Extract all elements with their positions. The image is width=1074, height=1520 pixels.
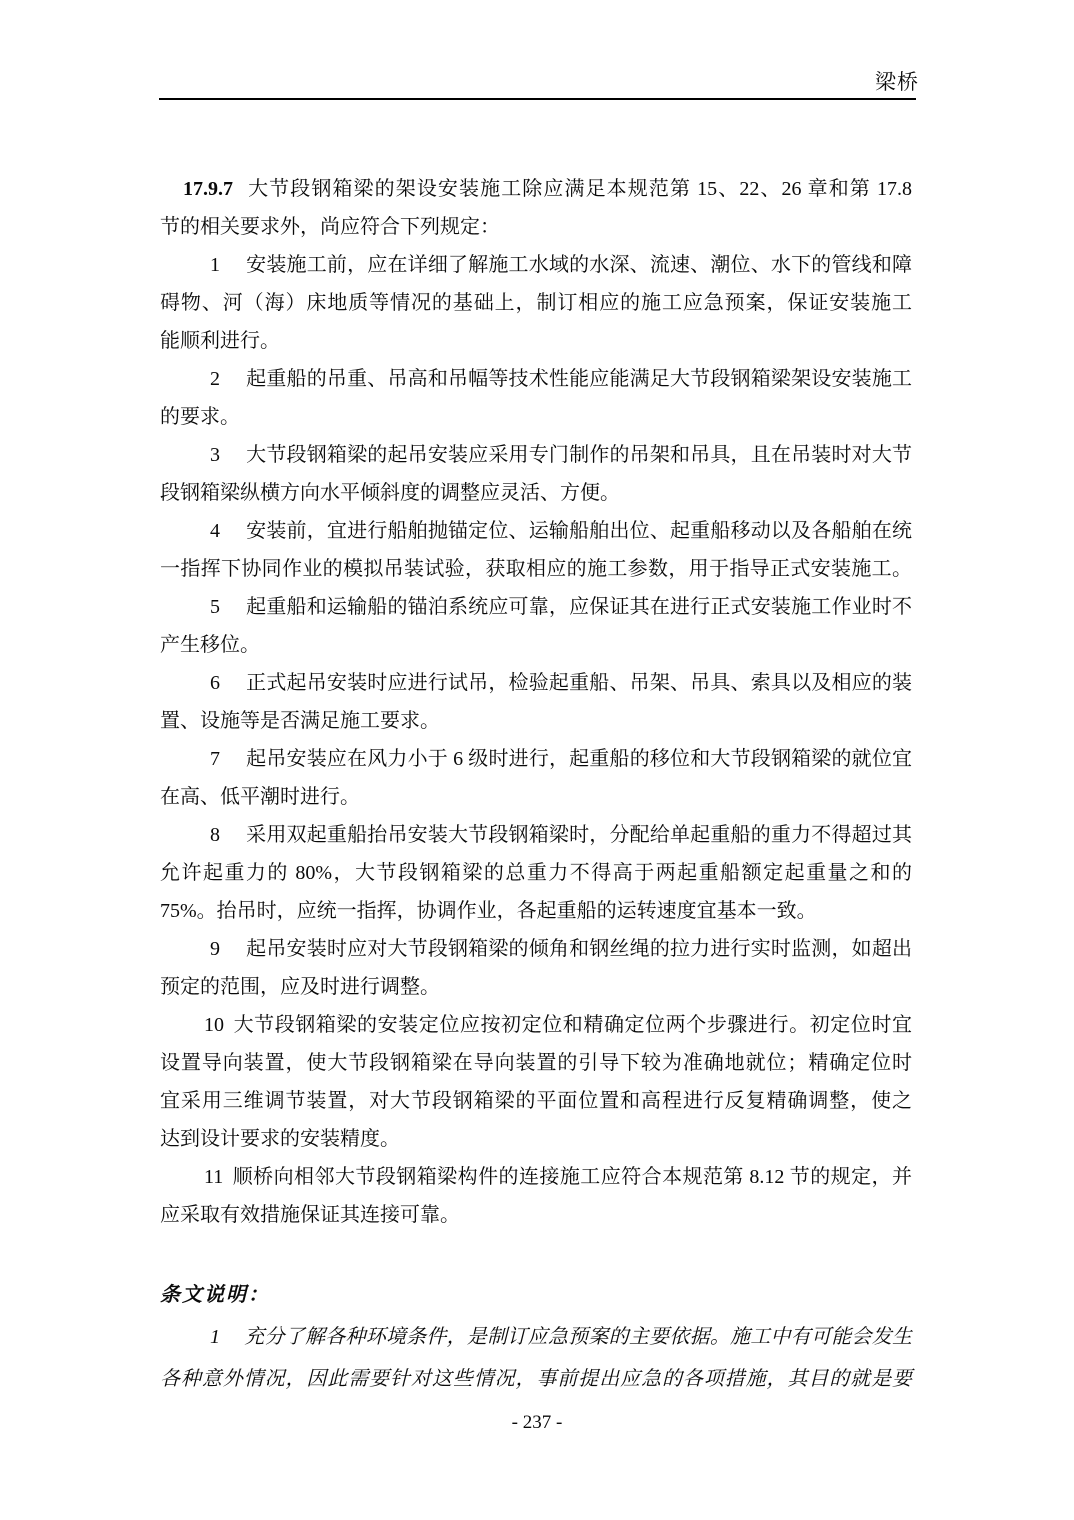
page-footer: - 237 - <box>0 1412 1074 1434</box>
line-text: 置、设施等是否满足施工要求。 <box>160 710 440 732</box>
item-number: 5 <box>210 596 246 618</box>
line-text: 安装前，宜进行船舶抛锚定位、运输船舶出位、起重船移动以及各船舶在统 <box>246 520 912 542</box>
document-body: 17.9.7大节段钢箱梁的架设安装施工除应满足本规范第 15、22、26 章和第… <box>160 170 912 1234</box>
text-line: 75%。抬吊时，应统一指挥，协调作业，各起重船的运转速度宜基本一致。 <box>160 892 912 930</box>
item-number: 10 <box>204 1014 233 1036</box>
text-line: 达到设计要求的安装精度。 <box>160 1120 912 1158</box>
text-line: 7起吊安装应在风力小于 6 级时进行，起重船的移位和大节段钢箱梁的就位宜 <box>160 740 912 778</box>
line-text: 起重船和运输船的锚泊系统应可靠，应保证其在进行正式安装施工作业时不 <box>246 596 912 618</box>
line-text: 起吊安装应在风力小于 6 级时进行，起重船的移位和大节段钢箱梁的就位宜 <box>246 748 912 770</box>
text-line: 1安装施工前，应在详细了解施工水域的水深、流速、潮位、水下的管线和障 <box>160 246 912 284</box>
item-number: 1 <box>210 1326 244 1348</box>
item-number: 3 <box>210 444 246 466</box>
line-text: 段钢箱梁纵横方向水平倾斜度的调整应灵活、方便。 <box>160 482 620 504</box>
text-line: 9起吊安装时应对大节段钢箱梁的倾角和钢丝绳的拉力进行实时监测，如超出 <box>160 930 912 968</box>
text-line: 各种意外情况，因此需要针对这些情况，事前提出应急的各项措施，其目的就是要 <box>160 1358 912 1400</box>
line-text: 顺桥向相邻大节段钢箱梁构件的连接施工应符合本规范第 8.12 节的规定，并 <box>232 1166 912 1188</box>
line-text: 能顺利进行。 <box>160 330 280 352</box>
notes-heading: 条文说明： <box>160 1274 912 1316</box>
line-text: 允许起重力的 80%，大节段钢箱梁的总重力不得高于两起重船额定起重量之和的 <box>160 862 912 884</box>
running-header: 梁桥 <box>875 70 919 94</box>
text-line: 11顺桥向相邻大节段钢箱梁构件的连接施工应符合本规范第 8.12 节的规定，并 <box>160 1158 912 1196</box>
text-line: 预定的范围，应及时进行调整。 <box>160 968 912 1006</box>
line-text: 大节段钢箱梁的架设安装施工除应满足本规范第 15、22、26 章和第 17.8 <box>247 178 912 200</box>
text-line: 17.9.7大节段钢箱梁的架设安装施工除应满足本规范第 15、22、26 章和第… <box>160 170 912 208</box>
line-text: 一指挥下协同作业的模拟吊装试验，获取相应的施工参数，用于指导正式安装施工。 <box>160 558 912 580</box>
text-line: 的要求。 <box>160 398 912 436</box>
document-page: 梁桥 17.9.7大节段钢箱梁的架设安装施工除应满足本规范第 15、22、26 … <box>0 0 1074 1520</box>
page-number: - 237 - <box>512 1412 563 1433</box>
text-line: 6正式起吊安装时应进行试吊，检验起重船、吊架、吊具、索具以及相应的装 <box>160 664 912 702</box>
line-text: 起重船的吊重、吊高和吊幅等技术性能应能满足大节段钢箱梁架设安装施工 <box>246 368 912 390</box>
line-text: 宜采用三维调节装置，对大节段钢箱梁的平面位置和高程进行反复精确调整，使之 <box>160 1090 912 1112</box>
text-line: 设置导向装置，使大节段钢箱梁在导向装置的引导下较为准确地就位；精确定位时 <box>160 1044 912 1082</box>
line-text: 采用双起重船抬吊安装大节段钢箱梁时，分配给单起重船的重力不得超过其 <box>246 824 912 846</box>
text-line: 在高、低平潮时进行。 <box>160 778 912 816</box>
text-line: 10大节段钢箱梁的安装定位应按初定位和精确定位两个步骤进行。初定位时宜 <box>160 1006 912 1044</box>
item-number: 6 <box>210 672 246 694</box>
line-text: 75%。抬吊时，应统一指挥，协调作业，各起重船的运转速度宜基本一致。 <box>160 900 817 922</box>
line-text: 达到设计要求的安装精度。 <box>160 1128 400 1150</box>
item-number: 4 <box>210 520 246 542</box>
item-number: 7 <box>210 748 246 770</box>
text-line: 碍物、河（海）床地质等情况的基础上，制订相应的施工应急预案，保证安装施工 <box>160 284 912 322</box>
text-line: 产生移位。 <box>160 626 912 664</box>
item-number: 9 <box>210 938 246 960</box>
text-line: 置、设施等是否满足施工要求。 <box>160 702 912 740</box>
line-text: 充分了解各种环境条件，是制订应急预案的主要依据。施工中有可能会发生 <box>244 1326 912 1348</box>
line-text: 安装施工前，应在详细了解施工水域的水深、流速、潮位、水下的管线和障 <box>246 254 912 276</box>
text-line: 5起重船和运输船的锚泊系统应可靠，应保证其在进行正式安装施工作业时不 <box>160 588 912 626</box>
text-line: 应采取有效措施保证其连接可靠。 <box>160 1196 912 1234</box>
item-number: 2 <box>210 368 246 390</box>
item-number: 8 <box>210 824 246 846</box>
line-text: 碍物、河（海）床地质等情况的基础上，制订相应的施工应急预案，保证安装施工 <box>160 292 912 314</box>
line-text: 起吊安装时应对大节段钢箱梁的倾角和钢丝绳的拉力进行实时监测，如超出 <box>246 938 912 960</box>
text-line: 1充分了解各种环境条件，是制订应急预案的主要依据。施工中有可能会发生 <box>160 1316 912 1358</box>
text-line: 能顺利进行。 <box>160 322 912 360</box>
line-text: 的要求。 <box>160 406 240 428</box>
text-line: 3大节段钢箱梁的起吊安装应采用专门制作的吊架和吊具，且在吊装时对大节 <box>160 436 912 474</box>
line-text: 各种意外情况，因此需要针对这些情况，事前提出应急的各项措施，其目的就是要 <box>160 1368 912 1390</box>
line-text: 应采取有效措施保证其连接可靠。 <box>160 1204 460 1226</box>
text-line: 一指挥下协同作业的模拟吊装试验，获取相应的施工参数，用于指导正式安装施工。 <box>160 550 912 588</box>
line-text: 预定的范围，应及时进行调整。 <box>160 976 440 998</box>
text-line: 节的相关要求外，尚应符合下列规定： <box>160 208 912 246</box>
text-line: 段钢箱梁纵横方向水平倾斜度的调整应灵活、方便。 <box>160 474 912 512</box>
text-line: 允许起重力的 80%，大节段钢箱梁的总重力不得高于两起重船额定起重量之和的 <box>160 854 912 892</box>
line-text: 正式起吊安装时应进行试吊，检验起重船、吊架、吊具、索具以及相应的装 <box>246 672 912 694</box>
text-line: 2起重船的吊重、吊高和吊幅等技术性能应能满足大节段钢箱梁架设安装施工 <box>160 360 912 398</box>
line-text: 在高、低平潮时进行。 <box>160 786 360 808</box>
text-line: 宜采用三维调节装置，对大节段钢箱梁的平面位置和高程进行反复精确调整，使之 <box>160 1082 912 1120</box>
line-text: 设置导向装置，使大节段钢箱梁在导向装置的引导下较为准确地就位；精确定位时 <box>160 1052 912 1074</box>
line-text: 节的相关要求外，尚应符合下列规定： <box>160 216 500 238</box>
item-number: 1 <box>210 254 246 276</box>
line-text: 大节段钢箱梁的安装定位应按初定位和精确定位两个步骤进行。初定位时宜 <box>233 1014 912 1036</box>
line-text: 大节段钢箱梁的起吊安装应采用专门制作的吊架和吊具，且在吊装时对大节 <box>246 444 912 466</box>
header-rule <box>159 98 916 100</box>
text-line: 8采用双起重船抬吊安装大节段钢箱梁时，分配给单起重船的重力不得超过其 <box>160 816 912 854</box>
item-number: 11 <box>204 1166 232 1188</box>
notes-section: 条文说明： 1充分了解各种环境条件，是制订应急预案的主要依据。施工中有可能会发生… <box>160 1274 912 1400</box>
line-text: 产生移位。 <box>160 634 260 656</box>
clause-number: 17.9.7 <box>183 178 247 200</box>
notes-body: 1充分了解各种环境条件，是制订应急预案的主要依据。施工中有可能会发生各种意外情况… <box>160 1316 912 1400</box>
text-line: 4安装前，宜进行船舶抛锚定位、运输船舶出位、起重船移动以及各船舶在统 <box>160 512 912 550</box>
